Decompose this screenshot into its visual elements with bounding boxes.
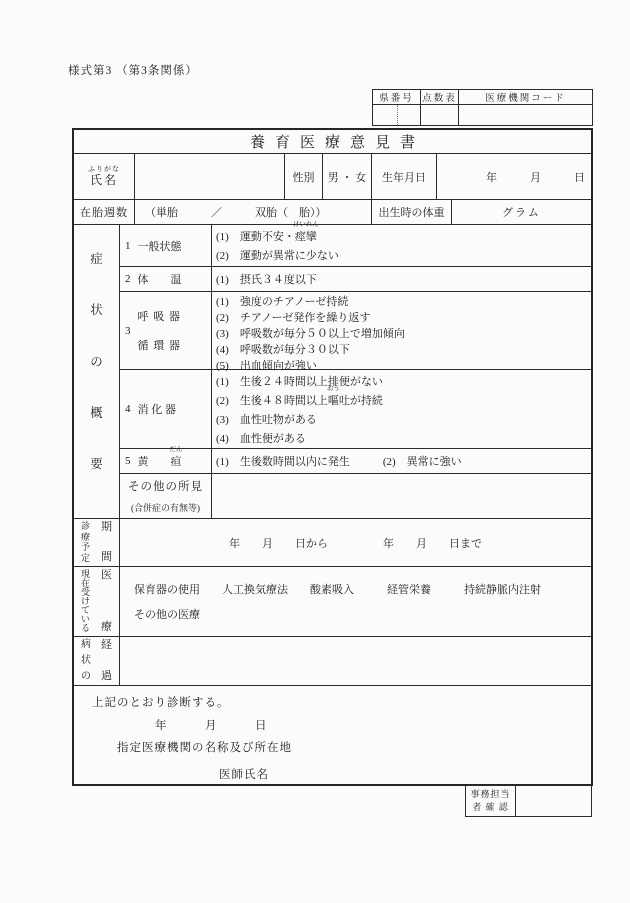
institution-code-field[interactable]	[459, 105, 592, 125]
symptom-row-digestive: 4 消 化 器 (1) 生後２４時間以上排便がない (2) 生後４８時間以上おう…	[120, 370, 591, 449]
symptom-item: (1) 強度のチアノーゼ持続	[216, 293, 591, 309]
main-form-table: 養育医療意見書 ふりがな 氏名 性別 男 ・ 女 生年月日 年 月 日 在胎週数…	[72, 128, 593, 786]
gestation-label-cell: 在胎週数	[74, 200, 135, 224]
symptom-category-jaundice: 5 黄 だん疸	[120, 449, 212, 473]
other-findings-title: その他の所見	[128, 478, 203, 494]
symptom-items-digestive: (1) 生後２４時間以上排便がない (2) 生後４８時間以上おう嘔吐が持続 (3…	[212, 370, 591, 448]
furigana-ou: おう	[327, 386, 340, 393]
gestation-row: 在胎週数 （単胎 ／ 双胎（ 胎）） 出生時の体重 グラム	[74, 200, 591, 225]
symptom-item: (1) 生後数時間以内に発生 (2) 異常に強い	[216, 453, 591, 469]
symptom-row-respiratory: 3 呼 吸 器 循 環 器 (1) 強度のチアノーゼ持続 (2) チアノーゼ発作…	[120, 292, 591, 370]
disease-progress-label-main: 経過	[101, 640, 112, 682]
current-care-options: 保育器の使用 人工換気療法 酸素吸入 経管栄養 持続静脈内注射 その他の医療	[120, 567, 591, 636]
category-number: 3	[125, 325, 131, 337]
disease-progress-area[interactable]	[120, 637, 591, 685]
current-care-label-main: 医療	[101, 570, 112, 633]
category-name: 黄 だん疸	[138, 453, 182, 469]
category-name-circulatory: 循 環 器	[138, 337, 212, 353]
institution-name-label[interactable]: 指定医療機関の名称及び所在地	[117, 739, 292, 755]
diagnosis-statement: 上記のとおり診断する。	[92, 694, 230, 710]
dob-value-cell[interactable]: 年 月 日	[437, 154, 591, 199]
dotted-divider	[397, 105, 398, 125]
treatment-period-section: 診療予定 期間 年 月 日から 年 月 日まで	[74, 519, 591, 567]
category-name: 体 温	[138, 271, 182, 287]
gestation-value-cell[interactable]: （単胎 ／ 双胎（ 胎））	[135, 200, 372, 224]
signature-section: 上記のとおり診断する。 年 月 日 指定医療機関の名称及び所在地 医師氏名	[74, 686, 591, 784]
symptom-item: (3) 血性吐物がある	[216, 411, 591, 427]
code-table: 県番号 点数表 医療機関コード	[372, 89, 593, 126]
furigana-dan: だん	[170, 447, 183, 454]
name-label: 氏名	[90, 173, 118, 188]
symptom-row-jaundice: 5 黄 だん疸 (1) 生後数時間以内に発生 (2) 異常に強い	[120, 449, 591, 474]
disease-progress-label-side: 病状の	[81, 640, 91, 682]
treatment-period-label: 診療予定 期間	[74, 519, 120, 566]
category-name: 一般状態	[138, 238, 182, 254]
symptom-item: (2) チアノーゼ発作を繰り返す	[216, 309, 591, 325]
name-label-cell: ふりがな 氏名	[74, 154, 135, 199]
other-findings-subtitle: (合併症の有無等)	[131, 501, 200, 514]
care-other-line[interactable]: その他の医療	[134, 606, 200, 622]
symptom-item: (4) 血性便がある	[216, 430, 591, 446]
symptom-item: (1) 摂氏３４度以下	[216, 271, 591, 287]
diagnosis-date[interactable]: 年 月 日	[155, 717, 268, 733]
symptom-items-jaundice: (1) 生後数時間以内に発生 (2) 異常に強い	[212, 449, 591, 473]
category-number: 1	[125, 240, 131, 252]
disease-progress-label: 病状の 経過	[74, 637, 120, 685]
category-name: 消 化 器	[138, 401, 177, 417]
symptoms-rows: 1 一般状態 (1) 運動不安・けいれん痙攣 (2) 運動が異常に少ない 2 体…	[120, 225, 591, 518]
symptom-category-respiratory: 3 呼 吸 器 循 環 器	[120, 292, 212, 369]
symptom-item: (1) 生後２４時間以上排便がない	[216, 373, 591, 389]
pref-number-header: 県番号	[373, 90, 421, 105]
admin-confirmation-label: 事務担当 者 確 認	[466, 786, 516, 816]
admin-confirmation-field[interactable]	[516, 786, 591, 816]
symptom-row-temperature: 2 体 温 (1) 摂氏３４度以下	[120, 267, 591, 292]
doctor-name-label[interactable]: 医師氏名	[219, 766, 269, 782]
form-title: 養育医療意見書	[240, 131, 425, 152]
birth-weight-unit-cell[interactable]: グラム	[452, 200, 591, 224]
admin-label-line2: 者 確 認	[472, 801, 509, 814]
symptom-item: (1) 運動不安・けいれん痙攣	[216, 228, 591, 244]
admin-confirmation-box: 事務担当 者 確 認	[465, 785, 592, 817]
category-number: 5	[125, 455, 131, 467]
symptoms-section: 症状の概要 1 一般状態 (1) 運動不安・けいれん痙攣 (2) 運動が異常に少…	[74, 225, 591, 519]
disease-progress-section: 病状の 経過	[74, 637, 591, 686]
other-findings-area[interactable]	[212, 474, 591, 518]
point-table-header: 点数表	[421, 90, 459, 105]
symptom-items-temperature: (1) 摂氏３４度以下	[212, 267, 591, 291]
institution-code-header: 医療機関コード	[459, 90, 592, 105]
symptom-category-digestive: 4 消 化 器	[120, 370, 212, 448]
admin-label-line1: 事務担当	[470, 788, 510, 801]
dob-label-cell: 生年月日	[372, 154, 437, 199]
treatment-period-label-side: 診療予定	[81, 522, 90, 563]
category-name-respiratory: 呼 吸 器	[138, 308, 212, 324]
current-care-label: 現在受けている 医療	[74, 567, 120, 636]
symptom-category-general: 1 一般状態	[120, 225, 212, 266]
other-findings-label: その他の所見 (合併症の有無等)	[120, 474, 212, 518]
symptom-item: (3) 呼吸数が毎分５０以上で増加傾向	[216, 325, 591, 341]
treatment-period-label-main: 期間	[101, 522, 112, 563]
title-row: 養育医療意見書	[74, 130, 591, 154]
symptom-item: (4) 呼吸数が毎分３０以下	[216, 341, 591, 357]
name-input-area[interactable]	[135, 154, 285, 199]
form-sheet: 様式第3 （第3条関係） 県番号 点数表 医療機関コード 養育医療意見書 ふりが…	[0, 0, 630, 903]
name-row: ふりがな 氏名 性別 男 ・ 女 生年月日 年 月 日	[74, 154, 591, 200]
furigana-keiren: けいれん	[293, 222, 319, 229]
symptom-items-respiratory: (1) 強度のチアノーゼ持続 (2) チアノーゼ発作を繰り返す (3) 呼吸数が…	[212, 292, 591, 369]
birth-weight-label-cell: 出生時の体重	[372, 200, 452, 224]
symptom-row-other: その他の所見 (合併症の有無等)	[120, 474, 591, 518]
category-name-stack: 呼 吸 器 循 環 器	[138, 292, 212, 369]
furigana-label: ふりがな	[88, 165, 120, 174]
sex-value-cell[interactable]: 男 ・ 女	[323, 154, 372, 199]
symptoms-section-label: 症状の概要	[74, 225, 120, 518]
category-number: 4	[125, 403, 131, 415]
treatment-period-dates[interactable]: 年 月 日から 年 月 日まで	[120, 519, 591, 566]
symptom-items-general: (1) 運動不安・けいれん痙攣 (2) 運動が異常に少ない	[212, 225, 591, 266]
current-care-section: 現在受けている 医療 保育器の使用 人工換気療法 酸素吸入 経管栄養 持続静脈内…	[74, 567, 591, 637]
point-table-field[interactable]	[421, 105, 459, 125]
form-code: 様式第3 （第3条関係）	[68, 62, 198, 78]
symptom-category-temperature: 2 体 温	[120, 267, 212, 291]
symptom-item: (2) 運動が異常に少ない	[216, 247, 591, 263]
current-care-label-side: 現在受けている	[81, 570, 90, 633]
category-number: 2	[125, 273, 131, 285]
sex-label-cell: 性別	[285, 154, 323, 199]
symptom-row-general: 1 一般状態 (1) 運動不安・けいれん痙攣 (2) 運動が異常に少ない	[120, 225, 591, 267]
care-options-line[interactable]: 保育器の使用 人工換気療法 酸素吸入 経管栄養 持続静脈内注射	[134, 581, 541, 597]
code-table-header: 県番号 点数表 医療機関コード	[373, 90, 592, 105]
symptom-item: (2) 生後４８時間以上おう嘔吐が持続	[216, 392, 591, 408]
code-table-values	[373, 105, 592, 125]
pref-number-field[interactable]	[373, 105, 421, 125]
